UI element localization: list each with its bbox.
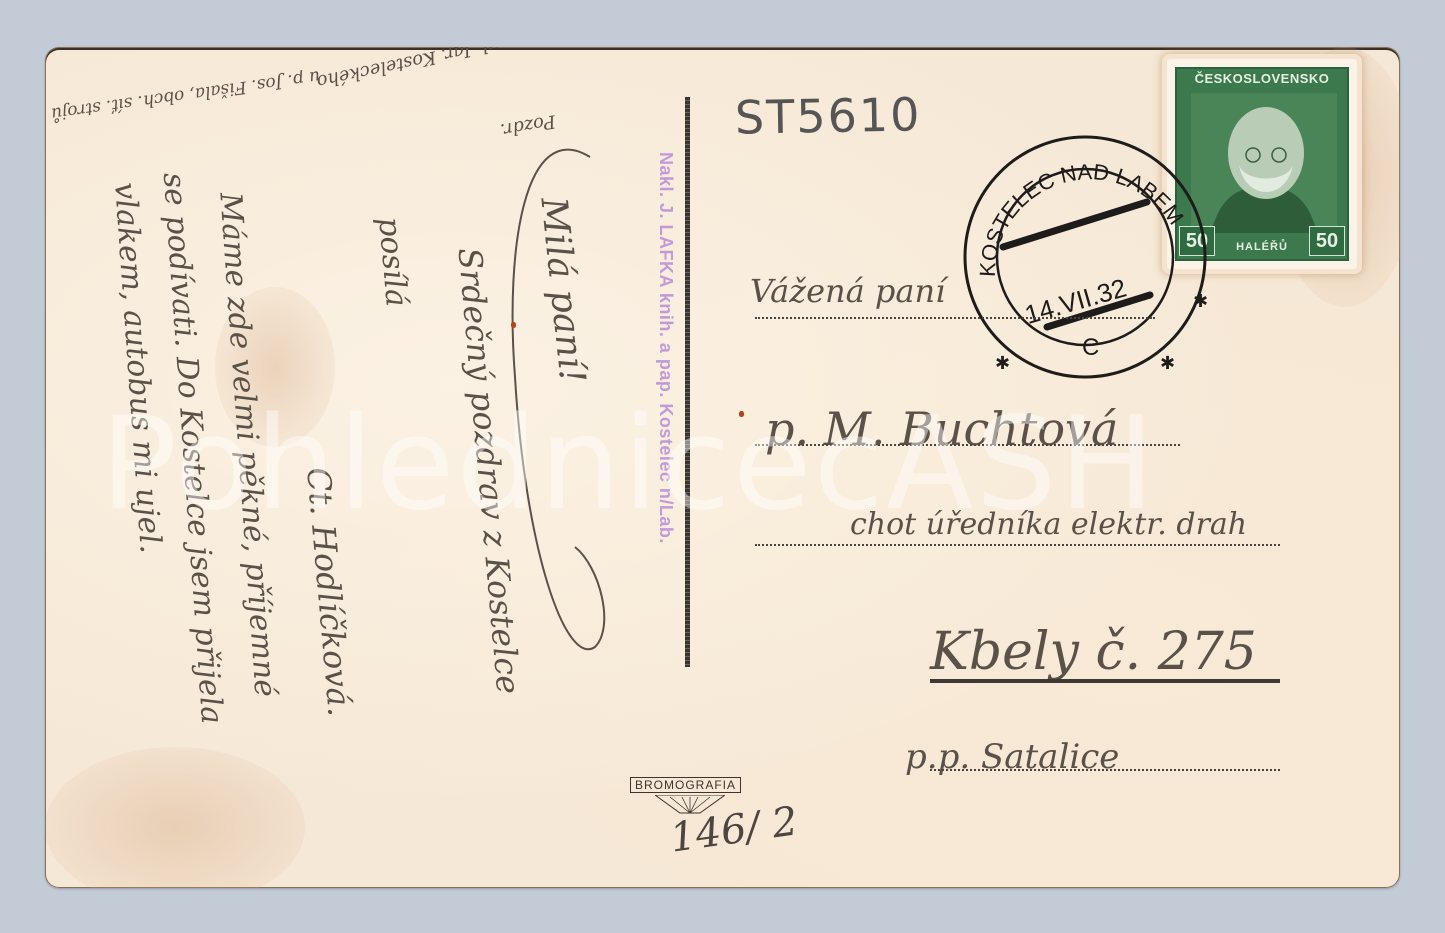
postcard-back: Milá paní! Srdečný pozdrav z Kostelce po… [45,47,1400,888]
message-footnote: ul. Jar. Kosteleckého [315,47,502,92]
postmark-cancellation: KOSTELEC NAD LABEM 14.VII.32 C ✱ ✱ ✱ [955,127,1215,387]
stock-code: ST5610 [735,87,922,144]
address-line [930,769,1280,771]
address-title: chot úředníka elektr. drah [850,507,1247,542]
message-signature: Ct. Hodlíčková. [299,466,359,718]
message-line: posílá [371,216,414,308]
center-divider [685,97,690,667]
ink-spot [511,322,516,328]
stamp-value-right: 50 [1309,226,1345,256]
svg-text:KOSTELEC NAD LABEM: KOSTELEC NAD LABEM [975,159,1189,277]
postmark-office-letter: C [1082,334,1099,361]
address-post-office: p.p. Satalice [905,737,1119,777]
message-line: vlakem, autobus mi ujel. [107,181,168,554]
photo-process-mark: BROMOGRAFIA [630,777,741,793]
handwritten-loop [485,127,615,667]
address-recipient: p. M. Buchtová [765,402,1118,456]
stamp-country: ČESKOSLOVENSKO [1177,71,1347,86]
address-line [755,317,1155,319]
age-stain [45,747,305,888]
ink-spot [739,411,744,417]
address-line [755,544,1280,546]
address-salutation: Vážená paní [750,272,945,310]
publisher-imprint: Nakl. J. LAFKA knih. a pap. Kostelec n/L… [636,152,676,672]
svg-text:✱: ✱ [995,353,1010,374]
address-line-underline [930,679,1280,683]
address-line [755,444,1180,446]
address-town: Kbely č. 275 [930,622,1257,682]
postmark-town: KOSTELEC NAD LABEM [975,159,1189,277]
message-footnote: u p. Jos. Fišala, obch. síť. strojů [50,66,322,124]
svg-text:✱: ✱ [1160,353,1175,374]
svg-text:✱: ✱ [1193,291,1208,312]
